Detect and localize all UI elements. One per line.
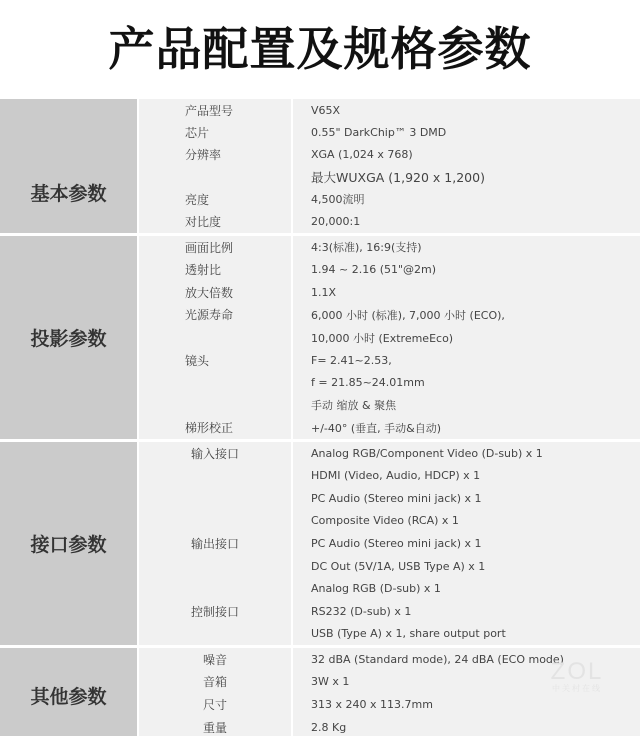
row-label: 尺寸: [139, 693, 293, 716]
table-row: 输出接口PC Audio (Stereo mini jack) x 1: [139, 532, 640, 555]
table-row: 放大倍数1.1X: [139, 281, 640, 304]
table-row: 尺寸313 x 240 x 113.7mm: [139, 693, 640, 716]
table-row: DC Out (5V/1A, USB Type A) x 1: [139, 555, 640, 578]
row-value: Analog RGB (D-sub) x 1: [293, 577, 640, 600]
row-label: [139, 326, 293, 349]
row-value: 最大WUXGA (1,920 x 1,200): [293, 166, 640, 188]
category-cell: 其他参数: [0, 648, 137, 736]
section-rows: 产品型号V65X 芯片0.55" DarkChip™ 3 DMD 分辨率XGA …: [137, 99, 640, 233]
row-label: [139, 465, 293, 488]
row-value: V65X: [293, 99, 640, 121]
row-value: 4,500流明: [293, 188, 640, 210]
row-value: 313 x 240 x 113.7mm: [293, 693, 640, 716]
row-label: [139, 623, 293, 646]
row-label: [139, 555, 293, 578]
row-value: USB (Type A) x 1, share output port: [293, 623, 640, 646]
row-value: F= 2.41~2.53,: [293, 349, 640, 372]
table-row: PC Audio (Stereo mini jack) x 1: [139, 487, 640, 510]
table-row: 产品型号V65X: [139, 99, 640, 121]
table-row: 分辨率XGA (1,024 x 768): [139, 144, 640, 166]
row-label: 产品型号: [139, 99, 293, 121]
row-label: 对比度: [139, 211, 293, 233]
row-label: 画面比例: [139, 236, 293, 259]
table-row: 对比度20,000:1: [139, 211, 640, 233]
row-value: 10,000 小时 (ExtremeEco): [293, 326, 640, 349]
section-rows: 画面比例4:3(标准), 16:9(支持) 透射比1.94 ~ 2.16 (51…: [137, 236, 640, 439]
row-value: 0.55" DarkChip™ 3 DMD: [293, 121, 640, 143]
category-label: 其他参数: [30, 682, 106, 709]
table-row: 输入接口Analog RGB/Component Video (D-sub) x…: [139, 442, 640, 465]
table-row: 镜头F= 2.41~2.53,: [139, 349, 640, 372]
section-projection: 投影参数 画面比例4:3(标准), 16:9(支持) 透射比1.94 ~ 2.1…: [0, 236, 640, 442]
table-row: 光源寿命6,000 小时 (标准), 7,000 小时 (ECO),: [139, 304, 640, 327]
row-label: 输出接口: [139, 532, 293, 555]
table-row: Composite Video (RCA) x 1: [139, 510, 640, 533]
section-basic: 基本参数 产品型号V65X 芯片0.55" DarkChip™ 3 DMD 分辨…: [0, 99, 640, 236]
row-value: 4:3(标准), 16:9(支持): [293, 236, 640, 259]
row-label: 分辨率: [139, 144, 293, 166]
table-row: 透射比1.94 ~ 2.16 (51"@2m): [139, 259, 640, 282]
table-row: 重量2.8 Kg: [139, 716, 640, 736]
row-value: +/-40° (垂直, 手动&自动): [293, 417, 640, 440]
row-value: 手动 缩放 & 聚焦: [293, 394, 640, 417]
row-label: 输入接口: [139, 442, 293, 465]
category-cell: 投影参数: [0, 236, 137, 439]
row-label: [139, 577, 293, 600]
row-value: 1.94 ~ 2.16 (51"@2m): [293, 259, 640, 282]
row-value: DC Out (5V/1A, USB Type A) x 1: [293, 555, 640, 578]
row-value: 20,000:1: [293, 211, 640, 233]
row-label: 光源寿命: [139, 304, 293, 327]
row-value: PC Audio (Stereo mini jack) x 1: [293, 487, 640, 510]
table-row: Analog RGB (D-sub) x 1: [139, 577, 640, 600]
table-row: 噪音32 dBA (Standard mode), 24 dBA (ECO mo…: [139, 648, 640, 671]
table-row: 亮度4,500流明: [139, 188, 640, 210]
table-row: 音箱3W x 1: [139, 671, 640, 694]
row-value: 2.8 Kg: [293, 716, 640, 736]
row-value: 3W x 1: [293, 671, 640, 694]
row-label: 重量: [139, 716, 293, 736]
row-label: 亮度: [139, 188, 293, 210]
spec-table: 基本参数 产品型号V65X 芯片0.55" DarkChip™ 3 DMD 分辨…: [0, 99, 640, 736]
table-row: 梯形校正+/-40° (垂直, 手动&自动): [139, 417, 640, 440]
row-label: 放大倍数: [139, 281, 293, 304]
category-label: 接口参数: [30, 530, 106, 557]
row-label: [139, 510, 293, 533]
category-cell: 基本参数: [0, 99, 137, 233]
row-label: 音箱: [139, 671, 293, 694]
section-other: 其他参数 噪音32 dBA (Standard mode), 24 dBA (E…: [0, 648, 640, 736]
row-label: [139, 394, 293, 417]
table-row: 10,000 小时 (ExtremeEco): [139, 326, 640, 349]
row-label: [139, 166, 293, 188]
row-label: 镜头: [139, 349, 293, 372]
section-rows: 噪音32 dBA (Standard mode), 24 dBA (ECO mo…: [137, 648, 640, 736]
category-label: 基本参数: [30, 179, 106, 206]
table-row: 芯片0.55" DarkChip™ 3 DMD: [139, 121, 640, 143]
row-value: Analog RGB/Component Video (D-sub) x 1: [293, 442, 640, 465]
row-value: 6,000 小时 (标准), 7,000 小时 (ECO),: [293, 304, 640, 327]
row-value: HDMI (Video, Audio, HDCP) x 1: [293, 465, 640, 488]
table-row: f = 21.85~24.01mm: [139, 371, 640, 394]
table-row: USB (Type A) x 1, share output port: [139, 623, 640, 646]
row-label: 梯形校正: [139, 417, 293, 440]
table-row: 画面比例4:3(标准), 16:9(支持): [139, 236, 640, 259]
section-rows: 输入接口Analog RGB/Component Video (D-sub) x…: [137, 442, 640, 645]
row-value: 32 dBA (Standard mode), 24 dBA (ECO mode…: [293, 648, 640, 671]
row-label: [139, 371, 293, 394]
table-row: HDMI (Video, Audio, HDCP) x 1: [139, 465, 640, 488]
row-label: 噪音: [139, 648, 293, 671]
row-label: 透射比: [139, 259, 293, 282]
section-interfaces: 接口参数 输入接口Analog RGB/Component Video (D-s…: [0, 442, 640, 648]
category-label: 投影参数: [30, 324, 106, 351]
row-value: PC Audio (Stereo mini jack) x 1: [293, 532, 640, 555]
row-label: 控制接口: [139, 600, 293, 623]
table-row: 手动 缩放 & 聚焦: [139, 394, 640, 417]
table-row: 控制接口RS232 (D-sub) x 1: [139, 600, 640, 623]
row-value: f = 21.85~24.01mm: [293, 371, 640, 394]
category-cell: 接口参数: [0, 442, 137, 645]
row-value: 1.1X: [293, 281, 640, 304]
page-title: 产品配置及规格参数: [0, 14, 640, 84]
row-value: Composite Video (RCA) x 1: [293, 510, 640, 533]
row-value: XGA (1,024 x 768): [293, 144, 640, 166]
row-label: [139, 487, 293, 510]
row-value: RS232 (D-sub) x 1: [293, 600, 640, 623]
table-row: 最大WUXGA (1,920 x 1,200): [139, 166, 640, 188]
row-label: 芯片: [139, 121, 293, 143]
